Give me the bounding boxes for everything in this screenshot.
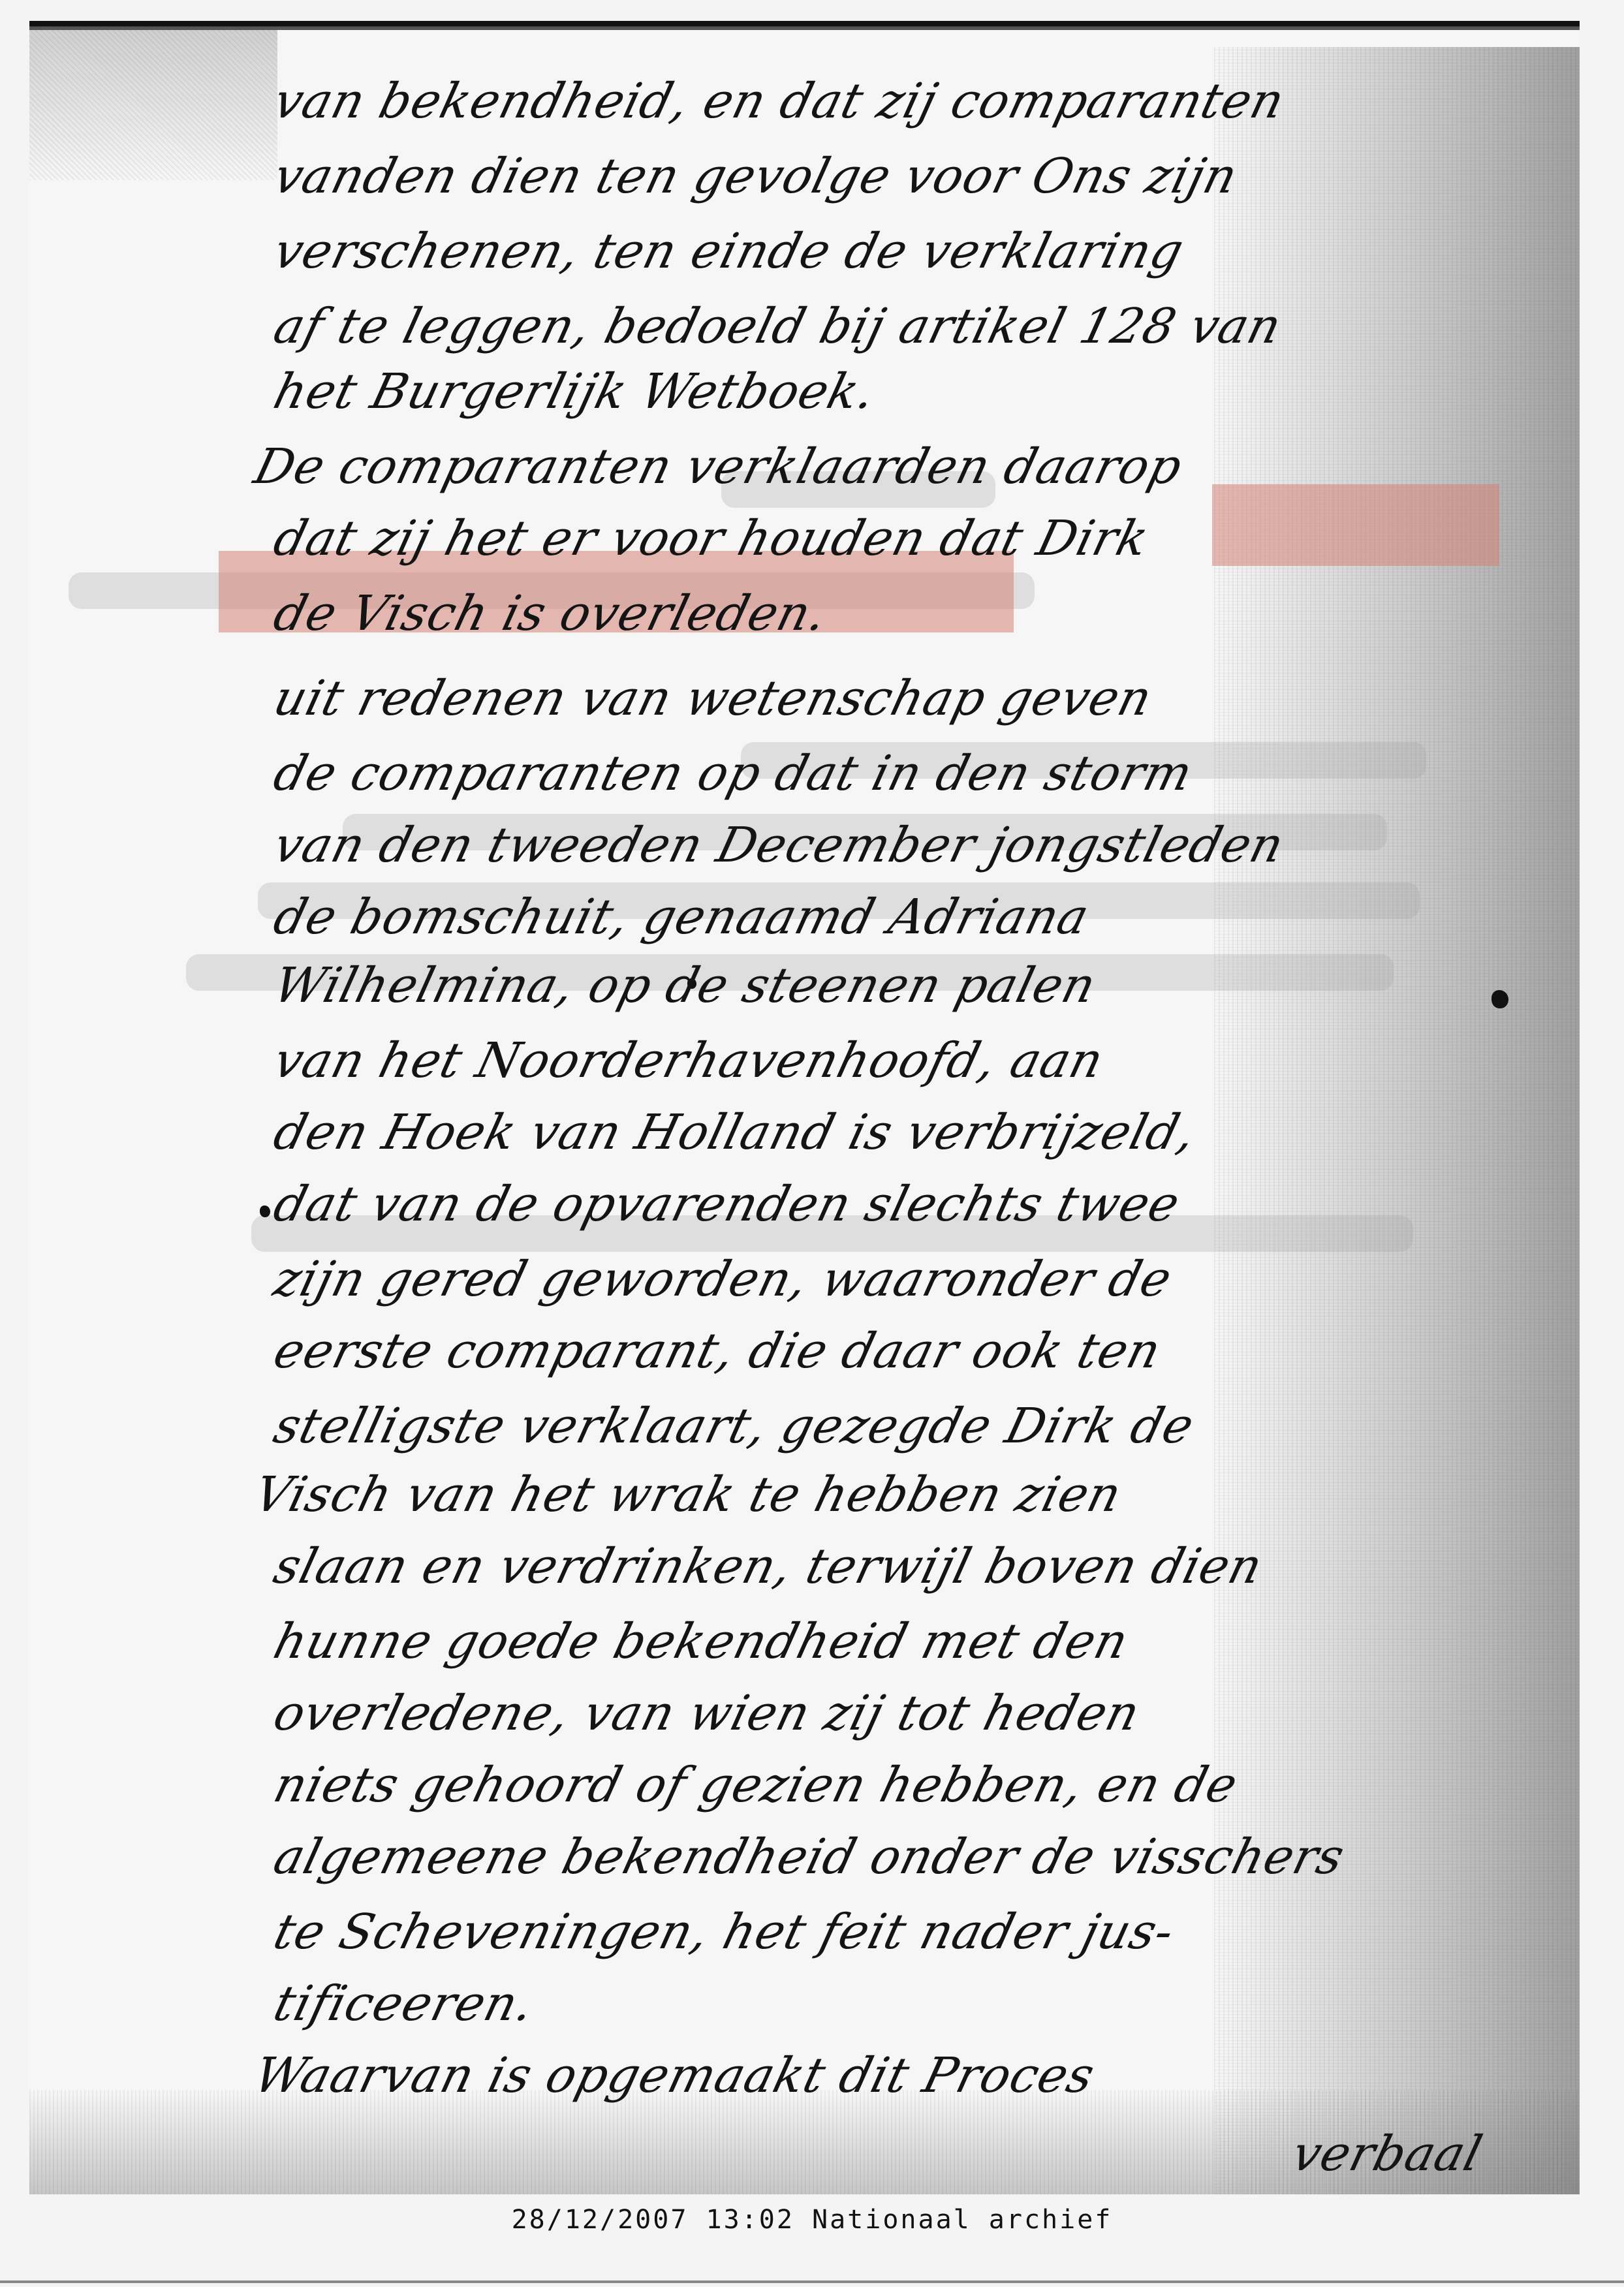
fax-timestamp: 28/12/2007 13:02 Nationaal archief (512, 2205, 1113, 2235)
text-line: Waarvan is opgemaakt dit Proces (245, 2047, 1101, 2119)
text-line: het Burgerlijk Wetboek. (264, 364, 881, 435)
ink-stain (260, 1206, 270, 1217)
text-line: dat zij het er voor houden dat Dirk (264, 510, 1155, 582)
text-line: van bekendheid, en dat zij comparanten (264, 73, 1290, 145)
fax-top-rule (29, 21, 1580, 30)
text-line: overledene, van wien zij tot heden (264, 1685, 1146, 1757)
text-line: hunne goede bekendheid met den (264, 1613, 1134, 1685)
text-line: uit redenen van wetenschap geven (264, 670, 1158, 742)
text-line: verbaal (1283, 2126, 1488, 2194)
text-line: dat van de opvarenden slechts twee (264, 1176, 1185, 1248)
page-bottom-edge (0, 2280, 1624, 2283)
text-line: Wilhelmina, op de steenen palen (264, 957, 1102, 1029)
text-line: eerste comparant, die daar ook ten (264, 1323, 1167, 1395)
text-line: van het Noorderhavenhoofd, aan (264, 1033, 1110, 1104)
text-line: stelligste verklaart, gezegde Dirk de (264, 1398, 1200, 1470)
scan-noise-left (29, 30, 277, 180)
text-line: de Visch is overleden. (264, 585, 833, 657)
text-line: de comparanten op dat in den storm (264, 745, 1198, 817)
text-line: af te leggen, bedoeld bij artikel 128 va… (264, 298, 1287, 370)
text-line: slaan en verdrinken, terwijl boven dien (264, 1538, 1268, 1610)
text-line: De comparanten verklaarden daarop (245, 439, 1188, 510)
text-line: niets gehoord of gezien hebben, en de (264, 1757, 1243, 1829)
highlight-dirk (1212, 484, 1499, 566)
text-line: zijn gered geworden, waaronder de (264, 1251, 1178, 1323)
fax-footer-stamp: 28/12/2007 13:02 Nationaal archief (0, 2205, 1624, 2235)
text-line: den Hoek van Holland is verbrijzeld, (264, 1104, 1202, 1176)
text-line: verschenen, ten einde de verklaring (264, 223, 1189, 295)
ink-stain (1491, 990, 1508, 1008)
text-line: algemeene bekendheid onder de visschers (264, 1829, 1351, 1901)
text-line: van den tweeden December jongstleden (264, 817, 1290, 889)
document-page: van bekendheid, en dat zij comparanten v… (29, 21, 1580, 2194)
text-line: tificeeren. (264, 1976, 540, 2047)
text-line: vanden dien ten gevolge voor Ons zijn (264, 148, 1243, 220)
text-line: de bomschuit, genaamd Adriana (264, 889, 1095, 961)
text-line: te Scheveningen, het feit nader jus- (264, 1904, 1180, 1976)
text-line: Visch van het wrak te hebben zien (245, 1467, 1127, 1538)
